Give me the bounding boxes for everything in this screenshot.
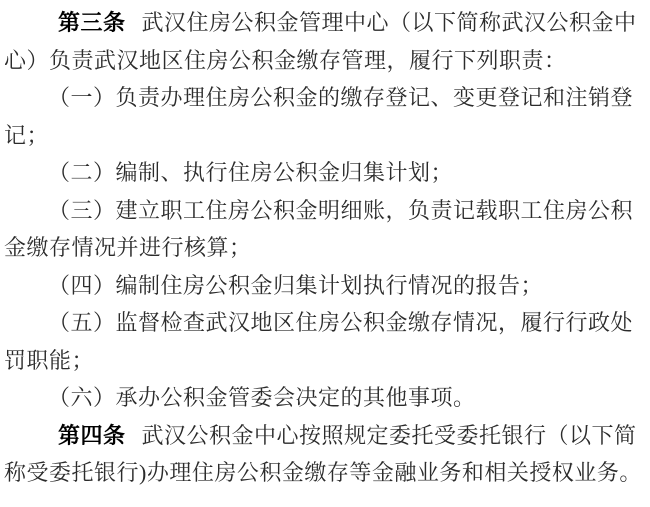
article-4-number: 第四条 [58,423,126,448]
article-3-number: 第三条 [58,10,126,35]
line-text: 武汉住房公积金管理中心（以下简称武汉公积金中 [142,10,637,35]
article-4-continuation-line: 称受委托银行)办理住房公积金缴存等金融业务和相关授权业务。 [0,454,650,492]
duty-item-3-line: （三）建立职工住房公积金明细账，负责记载职工住房公积 [0,192,650,230]
duty-item-5-continuation-line: 罚职能； [0,342,650,380]
duty-item-1-continuation-line: 记； [0,117,650,155]
document-page: 第三条武汉住房公积金管理中心（以下简称武汉公积金中 心）负责武汉地区住房公积金缴… [0,0,650,507]
duty-item-6-line: （六）承办公积金管委会决定的其他事项。 [0,379,650,417]
duty-item-1-line: （一）负责办理住房公积金的缴存登记、变更登记和注销登 [0,79,650,117]
duty-item-5-line: （五）监督检查武汉地区住房公积金缴存情况，履行行政处 [0,304,650,342]
article-3-first-line: 第三条武汉住房公积金管理中心（以下简称武汉公积金中 [0,4,650,42]
duty-item-4-line: （四）编制住房公积金归集计划执行情况的报告； [0,267,650,305]
line-text: 武汉公积金中心按照规定委托受委托银行（以下简 [142,423,637,448]
duty-item-2-line: （二）编制、执行住房公积金归集计划； [0,154,650,192]
duty-item-3-continuation-line: 金缴存情况并进行核算； [0,229,650,267]
article-4-first-line: 第四条武汉公积金中心按照规定委托受委托银行（以下简 [0,417,650,455]
article-3-continuation-line: 心）负责武汉地区住房公积金缴存管理，履行下列职责： [0,42,650,80]
